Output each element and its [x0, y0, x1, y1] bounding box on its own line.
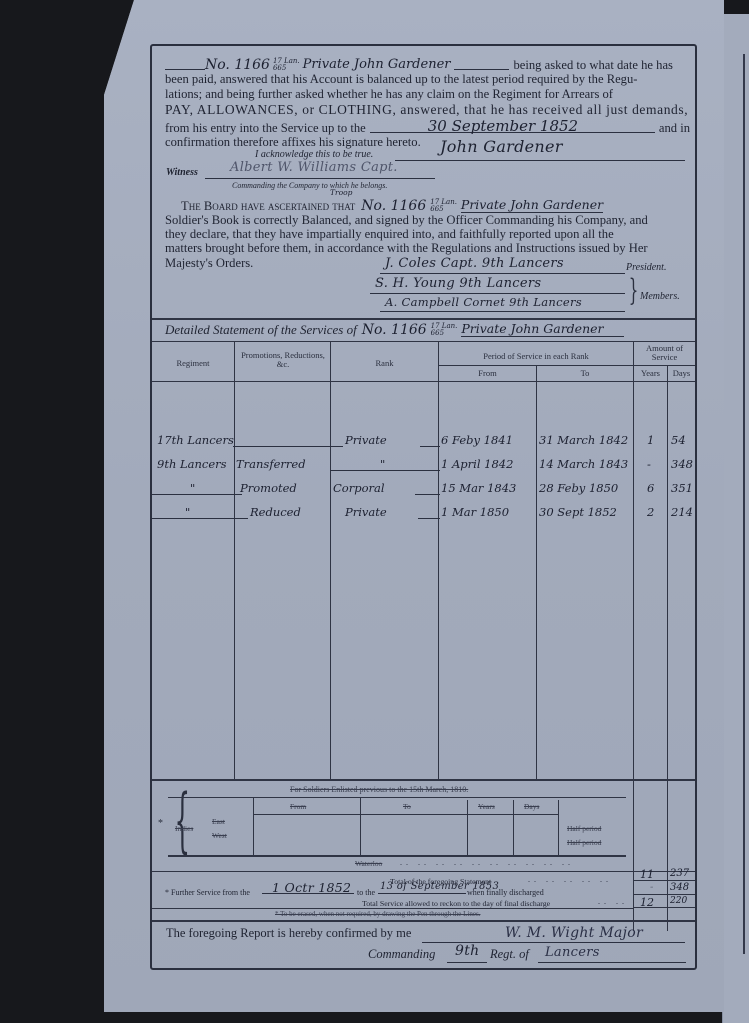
witness-signature: Albert W. Williams Capt.	[230, 160, 398, 175]
rule	[152, 871, 695, 872]
declaration-text: lations; and being further asked whether…	[165, 87, 613, 101]
cell-promotion: Reduced	[250, 505, 301, 519]
fill-line	[233, 446, 343, 447]
column-divider	[360, 797, 361, 855]
rule	[152, 920, 695, 922]
cell-regiment: 9th Lancers	[157, 457, 227, 471]
declaration-text: been paid, answered that his Account is …	[165, 72, 637, 86]
further-days: 348	[670, 882, 689, 893]
half-period-struck: Half period	[567, 838, 601, 847]
header-days: Days	[668, 368, 695, 378]
cell-to: 30 Sept 1852	[539, 505, 617, 519]
allowed-years: 12	[640, 896, 654, 909]
rule	[253, 814, 558, 815]
allowed-days: 220	[670, 896, 687, 906]
board-text: they declare, that they have impartially…	[165, 227, 690, 241]
service-date: 30 September 1852	[428, 119, 578, 133]
fill-line	[418, 518, 440, 519]
statement-title: Detailed Statement of the Services of	[165, 323, 357, 337]
cell-days: 54	[671, 433, 686, 447]
members-label: Members.	[640, 290, 680, 304]
witness-label: Witness	[166, 166, 198, 180]
declaration-text: PAY, ALLOWANCES, or CLOTHING, answered, …	[165, 103, 688, 117]
india-to-struck: To	[403, 802, 411, 811]
statement-soldier-number: No. 1166	[362, 323, 427, 337]
header-from: From	[439, 368, 536, 378]
cell-rank: Corporal	[333, 481, 385, 495]
rule	[633, 894, 695, 895]
statement-soldier-name: Private John Gardener	[461, 322, 623, 337]
cell-from: 1 April 1842	[441, 457, 513, 471]
declaration-text: and in	[659, 121, 690, 135]
members-brace: }	[629, 276, 639, 306]
column-divider	[536, 365, 537, 779]
commanding-officer-signature: W. M. Wight Major	[505, 925, 643, 941]
cell-rank: Private	[345, 505, 387, 519]
asterisk: *	[158, 818, 163, 829]
troop-insert: Troop	[330, 188, 352, 197]
cell-regiment: 17th Lancers	[157, 433, 234, 447]
soldier-number: No. 1166	[205, 58, 270, 72]
leader-dots: .. .. .. .. ..	[528, 875, 612, 884]
total-days: 237	[670, 868, 689, 879]
header-years: Years	[634, 368, 667, 378]
cell-from: 15 Mar 1843	[441, 481, 516, 495]
cell-from: 1 Mar 1850	[441, 505, 509, 519]
confirmation-text: The foregoing Report is hereby confirmed…	[166, 926, 411, 940]
rule	[152, 908, 633, 909]
column-divider	[667, 365, 668, 931]
column-divider	[513, 800, 514, 855]
indies-struck: Indies	[175, 824, 193, 833]
header-to: To	[537, 368, 633, 378]
rule	[152, 381, 695, 382]
declaration-text: from his entry into the Service up to th…	[165, 121, 366, 135]
leader-dots: .. ..	[598, 897, 628, 906]
adjacent-page-edge	[722, 14, 749, 1023]
member-signature-2: A. Campbell Cornet 9th Lancers	[385, 295, 582, 309]
further-service-label: * Further Service from the	[165, 886, 250, 900]
witness-caption: Commanding the Company to which he belon…	[232, 179, 387, 193]
fill-line	[152, 518, 248, 519]
board-soldier-name: Private John Gardener	[461, 198, 603, 213]
cell-days: 348	[671, 457, 693, 471]
fill-line	[152, 494, 242, 495]
member-signature-1: S. H. Young 9th Lancers	[375, 276, 541, 291]
cell-to: 28 Feby 1850	[539, 481, 618, 495]
rule	[152, 318, 695, 320]
fill-line	[378, 893, 466, 894]
rule	[152, 779, 695, 781]
board-text: matters brought before them, in accordan…	[165, 241, 690, 255]
header-rank: Rank	[331, 358, 438, 368]
cell-regiment: "	[185, 505, 190, 519]
fill-line	[447, 962, 487, 963]
column-divider	[438, 341, 439, 779]
statement-regiment-numbers: 17 Lan.665	[431, 323, 458, 337]
board-regiment-numbers: 17 Lan.665	[430, 199, 457, 213]
cell-years: -	[647, 457, 651, 471]
cell-regiment: "	[190, 481, 195, 495]
signature-line	[380, 311, 625, 312]
board-text: Soldier's Book is correctly Balanced, an…	[165, 213, 690, 227]
declaration-text: being asked to what date he has	[513, 58, 672, 72]
cell-years: 1	[647, 433, 654, 447]
fill-line	[538, 962, 686, 963]
india-brace: {	[174, 785, 190, 855]
india-years-struck: Years	[478, 802, 495, 811]
rule	[438, 365, 695, 366]
cell-days: 351	[671, 481, 693, 495]
rule	[168, 797, 626, 798]
cell-promotion: Promoted	[240, 481, 297, 495]
soldier-signature: John Gardener	[440, 137, 563, 156]
half-period-struck: Half period	[567, 824, 601, 833]
column-divider	[330, 341, 331, 779]
soldier-name: Private John Gardener	[303, 58, 451, 72]
header-amount: Amount of Service	[634, 344, 695, 362]
cell-from: 6 Feby 1841	[441, 433, 513, 447]
further-years: -	[650, 882, 653, 893]
column-divider	[253, 797, 254, 855]
cell-years: 6	[647, 481, 654, 495]
india-heading-struck: For Soldiers Enlisted previous to the 15…	[290, 785, 468, 794]
cell-years: 2	[647, 505, 654, 519]
cell-rank: Private	[345, 433, 387, 447]
fill-line	[420, 446, 440, 447]
fill-line	[415, 494, 440, 495]
waterloo-struck: Waterloo	[355, 859, 382, 868]
india-from-struck: From	[290, 802, 306, 811]
column-divider	[234, 341, 235, 779]
commanding-label: Commanding	[368, 947, 435, 961]
column-divider	[633, 341, 634, 931]
cell-to: 31 March 1842	[539, 433, 628, 447]
fill-line	[262, 893, 354, 894]
statement-title-row: Detailed Statement of the Services of No…	[165, 322, 624, 337]
board-soldier-number: No. 1166	[361, 199, 426, 213]
rule	[168, 855, 626, 857]
signature-line	[370, 293, 625, 294]
regiment-name: Lancers	[545, 945, 600, 960]
signature-line	[380, 273, 625, 274]
column-divider	[558, 800, 559, 855]
cell-promotion: Transferred	[236, 457, 306, 471]
east-struck: East	[212, 817, 225, 826]
india-days-struck: Days	[524, 802, 539, 811]
declaration-section: No. 1166 17 Lan.665 Private John Gardene…	[165, 52, 690, 150]
president-signature: J. Coles Capt. 9th Lancers	[385, 256, 564, 271]
header-regiment: Regiment	[152, 358, 234, 368]
board-text: The Board have ascertained that	[181, 199, 355, 213]
header-promotions: Promotions, Reductions, &c.	[236, 351, 330, 369]
cell-days: 214	[671, 505, 693, 519]
regt-of-label: Regt. of	[490, 947, 529, 961]
total-years: 11	[640, 868, 654, 881]
west-struck: West	[212, 831, 227, 840]
header-period: Period of Service in each Rank	[439, 351, 633, 361]
signature-line	[395, 160, 685, 161]
footnote-struck: * To be erased, when not required, by dr…	[275, 910, 480, 918]
regiment-number: 9th	[455, 943, 479, 959]
regiment-numbers: 17 Lan.665	[273, 58, 300, 72]
column-divider	[467, 800, 468, 855]
cell-rank: "	[380, 457, 385, 471]
leader-dots: .. .. .. .. .. .. .. .. .. ..	[400, 858, 574, 867]
cell-to: 14 March 1843	[539, 457, 628, 471]
